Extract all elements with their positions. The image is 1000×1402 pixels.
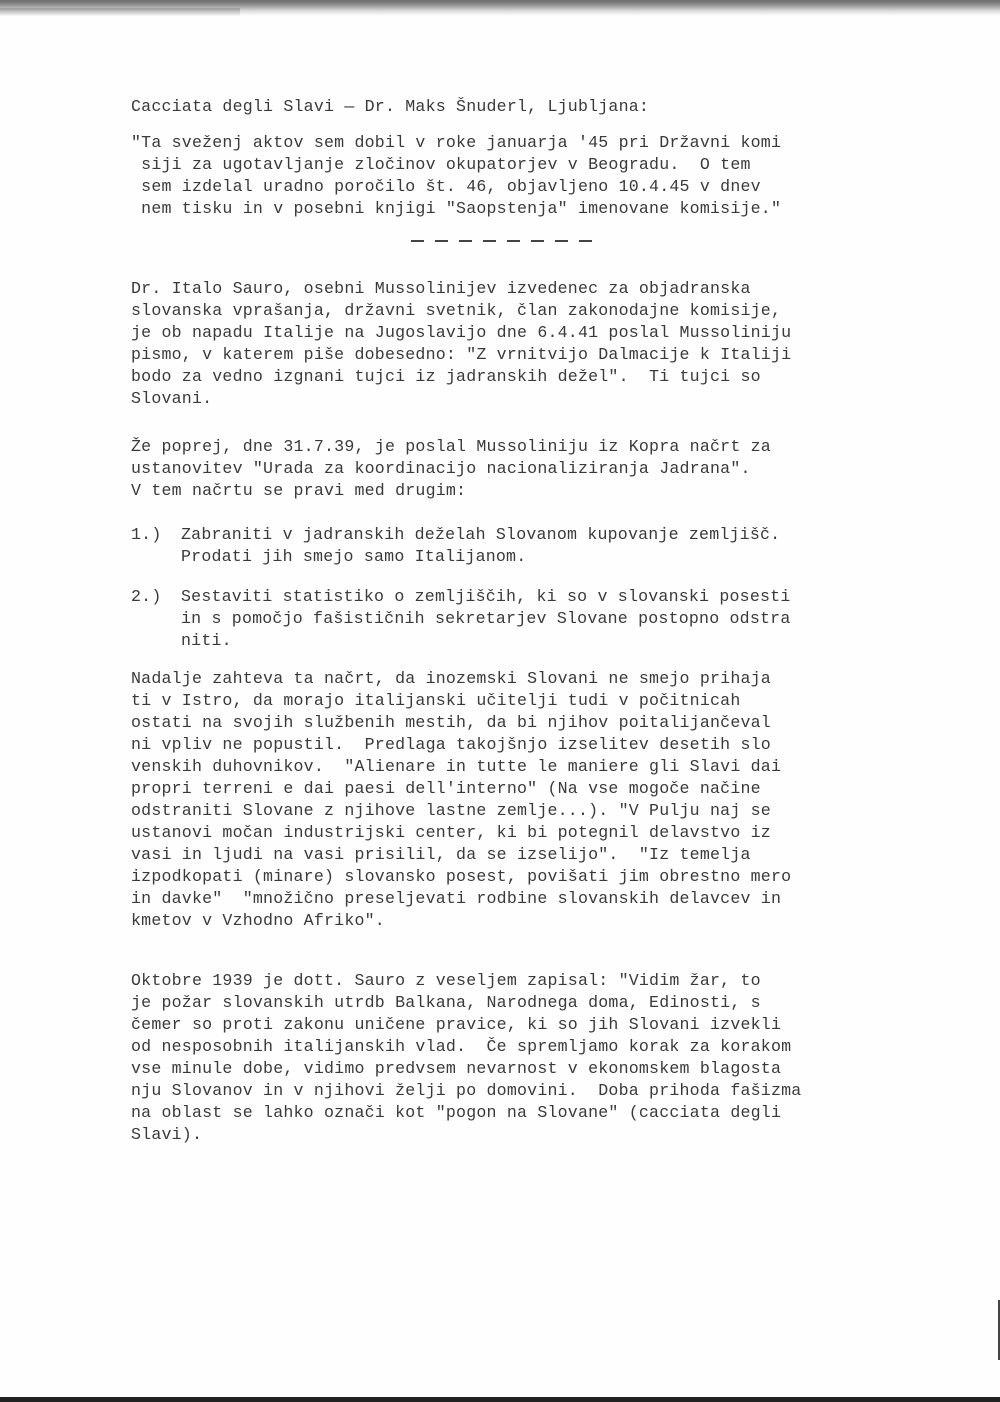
paragraph-line: venskih duhovnikov. "Alienare in tutte l…	[131, 756, 781, 778]
quote-line: "Ta sveženj aktov sem dobil v roke janua…	[131, 132, 781, 154]
list-item-line: Zabraniti v jadranskih deželah Slovanom …	[181, 524, 780, 546]
paragraph-line: je požar slovanskih utrdb Balkana, Narod…	[131, 992, 761, 1014]
paragraph-line: pismo, v katerem piše dobesedno: "Z vrni…	[131, 344, 791, 366]
paragraph-line: na oblast se lahko označi kot "pogon na …	[131, 1102, 781, 1124]
list-item-line: niti.	[181, 630, 232, 652]
quote-line: sem izdelal uradno poročilo št. 46, obja…	[131, 176, 761, 198]
paragraph-line: izpodkopati (minare) slovansko posest, p…	[131, 866, 791, 888]
paragraph-line: vse minule dobe, vidimo predvsem nevarno…	[131, 1058, 781, 1080]
document-heading: Cacciata degli Slavi — Dr. Maks Šnuderl,…	[131, 96, 649, 118]
paragraph-line: od nesposobnih italijanskih vlad. Če spr…	[131, 1036, 791, 1058]
paragraph-line: Dr. Italo Sauro, osebni Mussolinijev izv…	[131, 278, 751, 300]
paragraph-line: Nadalje zahteva ta načrt, da inozemski S…	[131, 668, 771, 690]
paragraph-line: je ob napadu Italije na Jugoslavijo dne …	[131, 322, 791, 344]
paragraph-line: Oktobre 1939 je dott. Sauro z veseljem z…	[131, 970, 761, 992]
list-item-line: in s pomočjo fašističnih sekretarjev Slo…	[181, 608, 790, 630]
list-item-line: Prodati jih smejo samo Italijanom.	[181, 546, 526, 568]
paragraph-line: slovanska vprašanja, državni svetnik, čl…	[131, 300, 781, 322]
scan-top-edge-shadow	[0, 8, 240, 16]
paragraph-line: Slavi).	[131, 1124, 202, 1146]
paragraph-line: kmetov v Vzhodno Afriko".	[131, 910, 385, 932]
paragraph-line: bodo za vedno izgnani tujci iz jadranski…	[131, 366, 761, 388]
quote-line: siji za ugotavljanje zločinov okupatorje…	[131, 154, 751, 176]
scan-bottom-edge	[0, 1397, 1000, 1402]
paragraph-line: Slovani.	[131, 388, 212, 410]
paragraph-line: propri terreni e dai paesi dell'interno"…	[131, 778, 761, 800]
paragraph-line: odstraniti Slovane z njihove lastne zeml…	[131, 800, 771, 822]
paragraph-line: ustanovitev "Urada za koordinacijo nacio…	[131, 458, 751, 480]
paragraph-line: Že poprej, dne 31.7.39, je poslal Mussol…	[131, 436, 771, 458]
paragraph-line: in davke" "množično preseljevati rodbine…	[131, 888, 781, 910]
section-separator	[411, 240, 592, 242]
paragraph-line: vasi in ljudi na vasi prisilil, da se iz…	[131, 844, 751, 866]
paragraph-line: nju Slovanov in v njihovi želji po domov…	[131, 1080, 801, 1102]
paragraph-line: V tem načrtu se pravi med drugim:	[131, 480, 466, 502]
paragraph-line: ti v Istro, da morajo italijanski učitel…	[131, 690, 740, 712]
typewritten-page: Cacciata degli Slavi — Dr. Maks Šnuderl,…	[0, 0, 1000, 1402]
list-item-line: Sestaviti statistiko o zemljiščih, ki so…	[181, 586, 790, 608]
list-item-number: 2.)	[131, 586, 161, 608]
paragraph-line: ustanovi močan industrijski center, ki b…	[131, 822, 771, 844]
list-item-number: 1.)	[131, 524, 161, 546]
paragraph-line: ostati na svojih službenih mestih, da bi…	[131, 712, 771, 734]
paragraph-line: čemer so proti zakonu uničene pravice, k…	[131, 1014, 781, 1036]
paragraph-line: ni vpliv ne popustil. Predlaga takojšnjo…	[131, 734, 771, 756]
quote-line: nem tisku in v posebni knjigi "Saopstenj…	[131, 198, 781, 220]
